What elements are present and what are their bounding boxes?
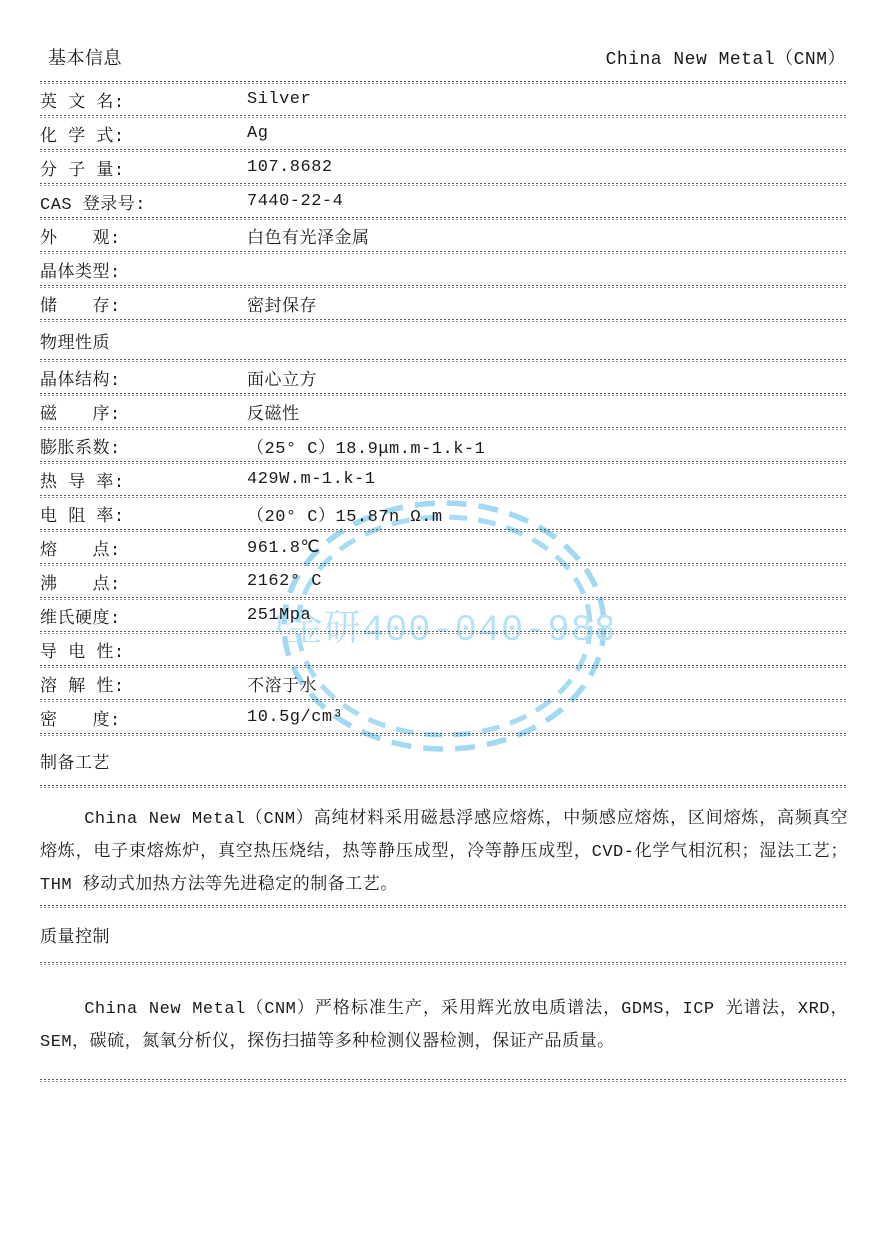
section-title-physical-properties: 物理性质 bbox=[40, 322, 848, 359]
table-row-molecular-weight: 分 子 量: 107.8682 bbox=[40, 152, 848, 183]
row-label: 热 导 率: bbox=[40, 467, 247, 493]
row-value: Silver bbox=[247, 90, 848, 109]
row-label: 储 存: bbox=[40, 291, 247, 317]
table-row-formula: 化 学 式: Ag bbox=[40, 118, 848, 149]
table-row-melting-point: 熔 点: 961.8℃ bbox=[40, 532, 848, 563]
section-title: 物理性质 bbox=[40, 328, 247, 354]
row-value: 7440-22-4 bbox=[247, 192, 848, 211]
row-value: 10.5g/cm³ bbox=[247, 708, 848, 727]
row-value: 107.8682 bbox=[247, 158, 848, 177]
table-row-english-name: 英 文 名: Silver bbox=[40, 84, 848, 115]
row-value: Ag bbox=[247, 124, 848, 143]
row-value: 2162° C bbox=[247, 572, 848, 591]
row-label: 化 学 式: bbox=[40, 121, 247, 147]
table-row-storage: 储 存: 密封保存 bbox=[40, 288, 848, 319]
table-row-conductivity: 导 电 性: bbox=[40, 634, 848, 665]
row-label: 密 度: bbox=[40, 705, 247, 731]
quality-paragraph: China New Metal（CNM）严格标准生产，采用辉光放电质谱法，GDM… bbox=[40, 965, 848, 1079]
divider bbox=[40, 1079, 848, 1082]
datasheet-page: 基本信息 China New Metal（CNM） 英 文 名: Silver … bbox=[0, 0, 890, 1258]
section-title-basic-info: 基本信息 bbox=[48, 44, 122, 70]
row-value: （25° C）18.9μm.m-1.k-1 bbox=[247, 433, 848, 459]
row-value: 251Mpa bbox=[247, 606, 848, 625]
row-label: 沸 点: bbox=[40, 569, 247, 595]
table-row-resistivity: 电 阻 率: （20° C）15.87n Ω.m bbox=[40, 498, 848, 529]
section-title: 质量控制 bbox=[40, 922, 247, 948]
row-label: 外 观: bbox=[40, 223, 247, 249]
table-row-cas-number: CAS 登录号: 7440-22-4 bbox=[40, 186, 848, 217]
row-value: （20° C）15.87n Ω.m bbox=[247, 501, 848, 527]
row-label: 电 阻 率: bbox=[40, 501, 247, 527]
row-value: 961.8℃ bbox=[247, 537, 848, 558]
row-label: 导 电 性: bbox=[40, 637, 247, 663]
row-label: CAS 登录号: bbox=[40, 189, 247, 215]
row-value: 面心立方 bbox=[247, 365, 848, 391]
row-value: 不溶于水 bbox=[247, 671, 848, 697]
row-label: 维氏硬度: bbox=[40, 603, 247, 629]
table-row-boiling-point: 沸 点: 2162° C bbox=[40, 566, 848, 597]
table-row-expansion-coefficient: 膨胀系数: （25° C）18.9μm.m-1.k-1 bbox=[40, 430, 848, 461]
row-label: 熔 点: bbox=[40, 535, 247, 561]
table-row-solubility: 溶 解 性: 不溶于水 bbox=[40, 668, 848, 699]
table-row-thermal-conductivity: 热 导 率: 429W.m-1.k-1 bbox=[40, 464, 848, 495]
section-title-quality-control: 质量控制 bbox=[40, 908, 848, 962]
page-header: 基本信息 China New Metal（CNM） bbox=[40, 0, 848, 81]
table-row-crystal-type: 晶体类型: bbox=[40, 254, 848, 285]
row-value: 白色有光泽金属 bbox=[247, 223, 848, 249]
row-value: 反磁性 bbox=[247, 399, 848, 425]
section-title-preparation: 制备工艺 bbox=[40, 736, 848, 785]
brand-name: China New Metal（CNM） bbox=[606, 44, 846, 70]
row-label: 晶体结构: bbox=[40, 365, 247, 391]
row-label: 溶 解 性: bbox=[40, 671, 247, 697]
table-row-vickers-hardness: 维氏硬度: 251Mpa bbox=[40, 600, 848, 631]
section-title: 制备工艺 bbox=[40, 748, 247, 774]
preparation-paragraph: China New Metal（CNM）高纯材料采用磁悬浮感应熔炼，中频感应熔炼… bbox=[40, 788, 848, 905]
table-row-appearance: 外 观: 白色有光泽金属 bbox=[40, 220, 848, 251]
row-label: 磁 序: bbox=[40, 399, 247, 425]
table-row-crystal-structure: 晶体结构: 面心立方 bbox=[40, 362, 848, 393]
row-value: 密封保存 bbox=[247, 291, 848, 317]
row-label: 分 子 量: bbox=[40, 155, 247, 181]
table-row-magnetic-order: 磁 序: 反磁性 bbox=[40, 396, 848, 427]
row-label: 晶体类型: bbox=[40, 257, 247, 283]
row-value: 429W.m-1.k-1 bbox=[247, 470, 848, 489]
table-row-density: 密 度: 10.5g/cm³ bbox=[40, 702, 848, 733]
row-label: 英 文 名: bbox=[40, 87, 247, 113]
row-label: 膨胀系数: bbox=[40, 433, 247, 459]
